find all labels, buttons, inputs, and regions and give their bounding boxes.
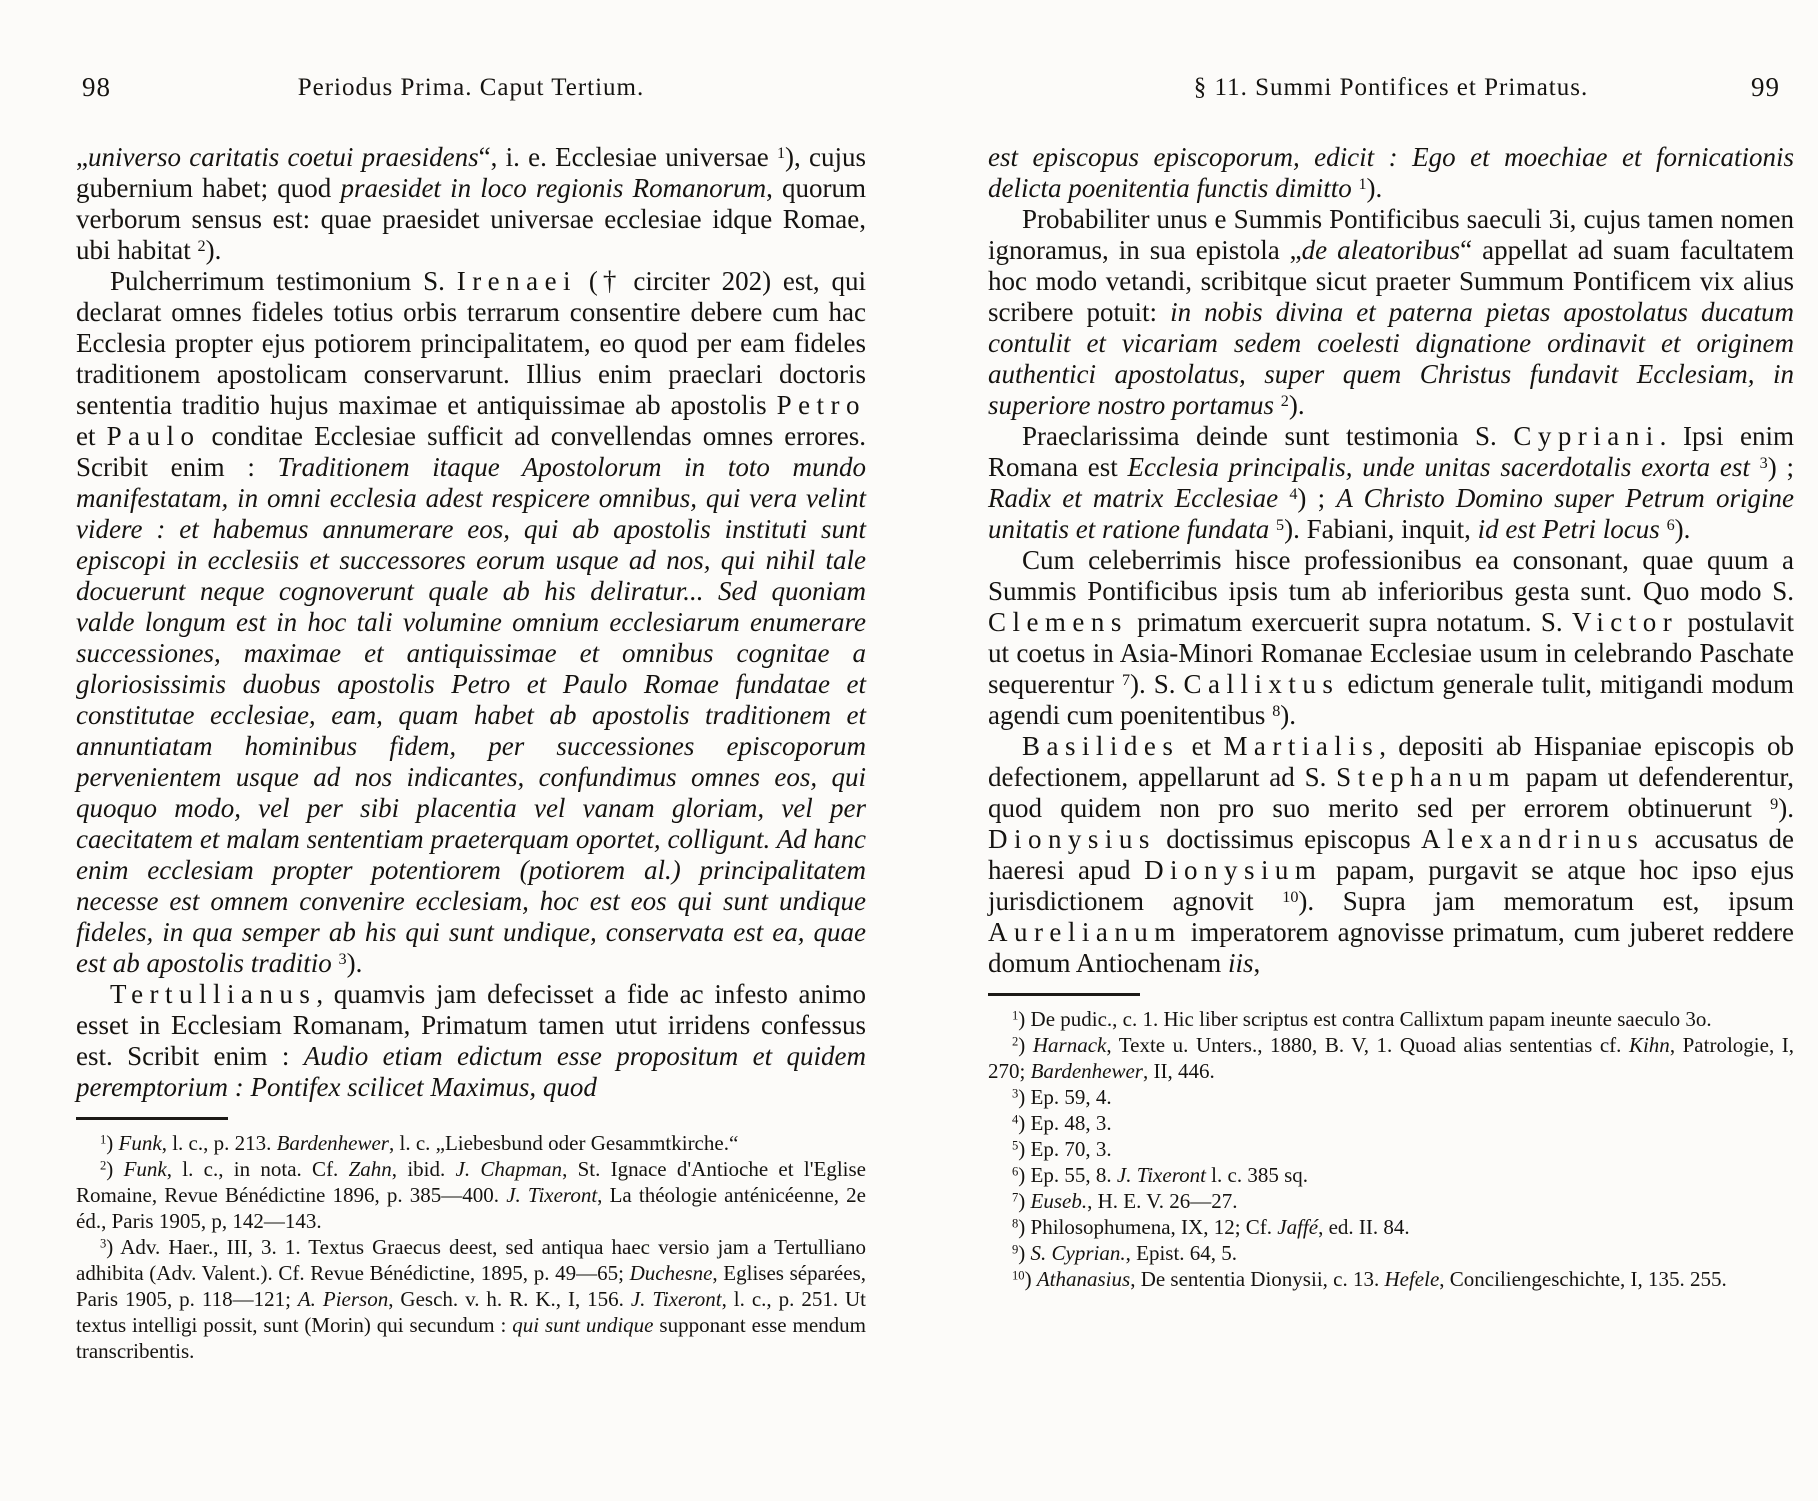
text-run: Ecclesia principalis, unde unitas sacerd… <box>1128 452 1750 482</box>
text-run: et <box>1179 731 1223 761</box>
footnotes-right: 1) De pudic., c. 1. Hic liber scriptus e… <box>988 1006 1794 1292</box>
text-run: praesidet in loco regionis Romanorum <box>340 173 766 203</box>
text-run: ). Fabiani, inquit, <box>1284 514 1477 544</box>
text-run: Funk <box>124 1157 167 1181</box>
footnote-marker: 1 <box>777 144 785 162</box>
text-run: ) Philosophumena, IX, 12; Cf. <box>1018 1215 1277 1239</box>
body-text-right: est episcopus episcoporum, edicit : Ego … <box>988 142 1794 979</box>
text-run: Harnack <box>1033 1033 1106 1057</box>
paragraph: Praeclarissima deinde sunt testimonia S.… <box>988 421 1794 545</box>
spaced-name: Cypriani <box>1513 421 1659 451</box>
footnote: 7) Euseb., H. E. V. 26—27. <box>988 1188 1794 1214</box>
text-run: ). <box>1289 390 1305 420</box>
footnote: 3) Adv. Haer., III, 3. 1. Textus Graecus… <box>76 1234 866 1364</box>
text-run: Pulcherrimum testimonium S. <box>110 266 457 296</box>
text-run: ). <box>206 235 222 265</box>
spaced-name: Irenaei <box>457 266 577 296</box>
footnote-marker: 1 <box>1358 175 1366 193</box>
footnote-separator-left <box>76 1117 228 1120</box>
footnote-marker: 6 <box>1667 516 1675 534</box>
text-run: Praeclarissima deinde sunt testimonia S. <box>1022 421 1513 451</box>
footnote: 6) Ep. 55, 8. J. Tixeront l. c. 385 sq. <box>988 1162 1794 1188</box>
footnote: 9) S. Cyprian., Epist. 64, 5. <box>988 1240 1794 1266</box>
text-run: iis <box>1228 948 1254 978</box>
text-run: , Gesch. v. h. R. K., I, 156. <box>388 1287 631 1311</box>
footnote-marker: 3 <box>339 950 347 968</box>
text-run: l. c. 385 sq. <box>1206 1163 1308 1187</box>
text-run: ). <box>1675 514 1691 544</box>
text-run: , <box>1253 948 1260 978</box>
text-run: , II, 446. <box>1143 1059 1215 1083</box>
text-run: Kihn <box>1629 1033 1670 1057</box>
text-run: Athanasius <box>1037 1267 1130 1291</box>
text-run: de aleatoribus <box>1302 235 1460 265</box>
text-run: ) ; <box>1297 483 1336 513</box>
spaced-name: Petro <box>777 390 866 420</box>
footnote: 2) Funk, l. c., in nota. Cf. Zahn, ibid.… <box>76 1156 866 1234</box>
footnote-marker: 7 <box>1122 671 1130 689</box>
footnote-marker: 3 <box>1760 454 1768 472</box>
paragraph: „universo caritatis coetui praesidens“, … <box>76 142 866 266</box>
text-run: , ed. II. 84. <box>1318 1215 1410 1239</box>
text-run: ) Ep. 70, 3. <box>1018 1137 1111 1161</box>
page-number-right: 99 <box>1751 72 1780 103</box>
spaced-name: Paulo <box>107 421 201 451</box>
spaced-name: Tertullianus <box>110 979 316 1009</box>
footnotes-left: 1) Funk, l. c., p. 213. Bardenhewer, l. … <box>76 1130 866 1364</box>
text-run: , l. c., in nota. Cf. <box>167 1157 349 1181</box>
text-run: ) Ep. 55, 8. <box>1018 1163 1117 1187</box>
text-run: doctissimus episcopus <box>1156 824 1421 854</box>
text-run: J. Tixeront <box>631 1287 722 1311</box>
text-run: ). <box>1367 173 1383 203</box>
text-run: ) <box>1018 1189 1030 1213</box>
spaced-name: Alexandrinus <box>1421 824 1644 854</box>
paragraph: Cum celeberrimis hisce professionibus ea… <box>988 545 1794 731</box>
text-run: , l. c., p. 213. <box>162 1131 277 1155</box>
text-run: ) De pudic., c. 1. Hic liber scriptus es… <box>1018 1007 1711 1031</box>
running-title-right: § 11. Summi Pontifices et Primatus. <box>988 72 1794 102</box>
text-run: ) Ep. 48, 3. <box>1018 1111 1111 1135</box>
page-left: 98 Periodus Prima. Caput Tertium. „unive… <box>76 72 866 1364</box>
footnote-marker: 2 <box>197 237 205 255</box>
text-run <box>1660 514 1667 544</box>
running-header-left: 98 Periodus Prima. Caput Tertium. <box>76 72 866 106</box>
text-run: ). <box>1778 793 1794 823</box>
text-run: et <box>76 421 107 451</box>
running-title-left: Periodus Prima. Caput Tertium. <box>76 72 866 102</box>
text-run: , ibid. <box>392 1157 456 1181</box>
text-run: ). Supra jam memoratum est, ipsum <box>1298 886 1794 916</box>
paragraph: Tertullianus, quamvis jam defecisset a f… <box>76 979 866 1103</box>
paragraph: Basilides et Martialis, depositi ab Hisp… <box>988 731 1794 979</box>
text-run: „ <box>76 142 88 172</box>
footnote-marker: 5 <box>1276 516 1284 534</box>
footnote-marker: 10 <box>1282 888 1298 906</box>
text-run: Radix et matrix Ecclesiae <box>988 483 1278 513</box>
footnote: 3) Ep. 59, 4. <box>988 1084 1794 1110</box>
body-text-left: „universo caritatis coetui praesidens“, … <box>76 142 866 1103</box>
text-run: Jaffé <box>1277 1215 1318 1239</box>
spaced-name: Dionysium <box>1144 855 1322 885</box>
text-run: ). <box>1280 700 1296 730</box>
text-run: Bardenhewer <box>277 1131 389 1155</box>
text-run: id est Petri locus <box>1478 514 1660 544</box>
spaced-name: Martialis <box>1223 731 1379 761</box>
text-run: J. Tixeront <box>506 1183 597 1207</box>
text-run: Funk <box>119 1131 162 1155</box>
text-run: ) <box>106 1131 118 1155</box>
footnote: 1) Funk, l. c., p. 213. Bardenhewer, l. … <box>76 1130 866 1156</box>
text-run: ) Ep. 59, 4. <box>1018 1085 1111 1109</box>
text-run: , De sententia Dionysii, c. 13. <box>1130 1267 1384 1291</box>
footnote: 4) Ep. 48, 3. <box>988 1110 1794 1136</box>
text-run: universo caritatis coetui praesidens <box>88 142 479 172</box>
text-run: , Epist. 64, 5. <box>1126 1241 1237 1265</box>
page-number-left: 98 <box>82 72 111 103</box>
footnote: 8) Philosophumena, IX, 12; Cf. Jaffé, ed… <box>988 1214 1794 1240</box>
footnote: 1) De pudic., c. 1. Hic liber scriptus e… <box>988 1006 1794 1032</box>
text-run: , H. E. V. 26—27. <box>1087 1189 1237 1213</box>
spaced-name: Stephanum <box>1336 762 1516 792</box>
spaced-name: Victor <box>1572 607 1678 637</box>
footnote: 2) Harnack, Texte u. Unters., 1880, B. V… <box>988 1032 1794 1084</box>
text-run <box>332 948 339 978</box>
paragraph: est episcopus episcoporum, edicit : Ego … <box>988 142 1794 204</box>
spaced-name: Aurelianum <box>988 917 1182 947</box>
text-run: ) <box>1025 1267 1037 1291</box>
text-run: Bardenhewer <box>1031 1059 1143 1083</box>
text-run: Euseb. <box>1031 1189 1088 1213</box>
text-run: S. Cyprian. <box>1031 1241 1126 1265</box>
footnote-separator-right <box>988 993 1140 996</box>
spaced-name: Basilides <box>1022 731 1179 761</box>
text-run: Zahn <box>349 1157 392 1181</box>
text-run: ) <box>1018 1241 1030 1265</box>
text-run: A. Pierson <box>298 1287 388 1311</box>
text-run: , Conciliengeschichte, I, 135. 255. <box>1439 1267 1727 1291</box>
page-right: § 11. Summi Pontifices et Primatus. 99 e… <box>988 72 1794 1292</box>
text-run: ). <box>347 948 363 978</box>
text-run: est episcopus episcoporum, edicit : Ego … <box>988 142 1794 203</box>
text-run: , Texte u. Unters., 1880, B. V, 1. Quoad… <box>1106 1033 1629 1057</box>
text-run: “, i. e. Ecclesiae universae <box>479 142 777 172</box>
spaced-name: Callixtus <box>1184 669 1340 699</box>
text-run <box>1274 390 1281 420</box>
text-run: ) ; <box>1768 452 1794 482</box>
footnote: 10) Athanasius, De sententia Dionysii, c… <box>988 1266 1794 1292</box>
text-run: Traditionem itaque Apostolorum in toto m… <box>76 452 866 978</box>
text-run: primatum exercuerit supra notatum. S. <box>1128 607 1572 637</box>
text-run: Duchesne <box>630 1261 713 1285</box>
book-scan-spread: 98 Periodus Prima. Caput Tertium. „unive… <box>0 0 1818 1501</box>
text-run: ) <box>1018 1033 1033 1057</box>
footnote-marker: 2 <box>1281 392 1289 410</box>
text-run <box>1278 483 1289 513</box>
text-run: Hefele <box>1384 1267 1439 1291</box>
footnote: 5) Ep. 70, 3. <box>988 1136 1794 1162</box>
text-run: ). S. <box>1130 669 1184 699</box>
text-run: ) <box>106 1157 123 1181</box>
text-run: J. Tixeront <box>1117 1163 1206 1187</box>
text-run <box>1269 514 1276 544</box>
text-run <box>1750 452 1760 482</box>
paragraph: Pulcherrimum testimonium S. Irenaei († c… <box>76 266 866 979</box>
running-header-right: § 11. Summi Pontifices et Primatus. 99 <box>988 72 1794 106</box>
spaced-name: Dionysius <box>988 824 1156 854</box>
spaced-name: Clemens <box>988 607 1128 637</box>
text-run: qui sunt undique <box>512 1313 653 1337</box>
text-run: , l. c. „Liebesbund oder Gesammtkirche.“ <box>389 1131 738 1155</box>
text-run: Cum celeberrimis hisce professionibus ea… <box>988 545 1794 606</box>
paragraph: Probabiliter unus e Summis Pontificibus … <box>988 204 1794 421</box>
footnote-marker: 10 <box>1012 1269 1025 1283</box>
text-run: J. Chapman <box>456 1157 563 1181</box>
